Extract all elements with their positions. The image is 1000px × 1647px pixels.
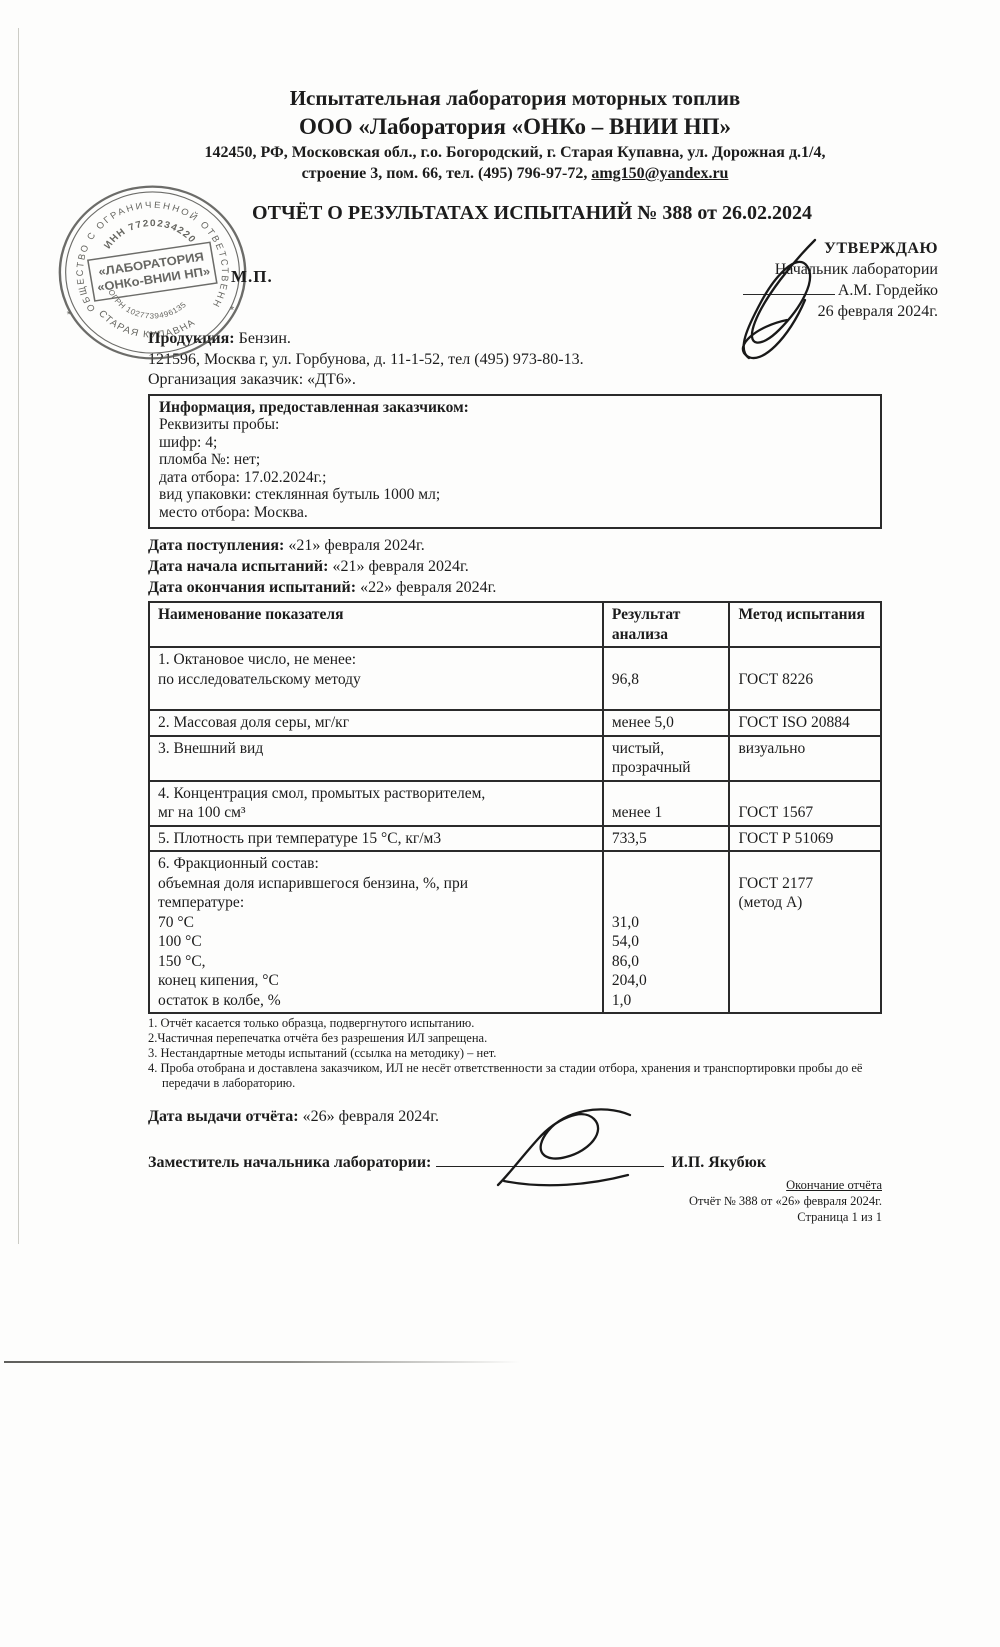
org-name: ООО «Лаборатория «ОНКо – ВНИИ НП»	[148, 111, 882, 142]
issue-date-label: Дата выдачи отчёта:	[148, 1108, 299, 1125]
indicator-cell: 2. Массовая доля серы, мг/кг	[149, 710, 603, 736]
col-header-method: Метод испытания	[729, 602, 881, 647]
customer-info-heading: Информация, предоставленная заказчиком:	[159, 399, 871, 417]
date-end: Дата окончания испытаний: «22» февраля 2…	[148, 577, 882, 598]
lab-round-stamp: ОБЩЕСТВО С ОГРАНИЧЕННОЙ ОТВЕТСТВЕННОСТЬЮ…	[56, 183, 249, 362]
method-cell: ГОСТ Р 51069	[729, 826, 881, 852]
stamp-place-label: М.П.	[231, 267, 273, 287]
end-of-report-label: Окончание отчёта	[148, 1177, 882, 1193]
info-line: пломба №: нет;	[159, 451, 871, 469]
indicator-cell: 5. Плотность при температуре 15 °С, кг/м…	[149, 826, 603, 852]
table-row: 2. Массовая доля серы, мг/кг менее 5,0 Г…	[149, 710, 881, 736]
date-end-value: «22» февраля 2024г.	[356, 579, 496, 596]
lab-name: Испытательная лаборатория моторных топли…	[148, 86, 882, 111]
indicator-cell: 6. Фракционный состав: объемная доля исп…	[149, 851, 603, 1013]
signatory-name: И.П. Якубюк	[671, 1154, 766, 1171]
date-start: Дата начала испытаний: «21» февраля 2024…	[148, 556, 882, 577]
letterhead: Испытательная лаборатория моторных топли…	[148, 86, 882, 225]
result-cell: 96,8	[603, 647, 730, 710]
table-header-row: Наименование показателя Результат анализ…	[149, 602, 881, 647]
scan-artifact-bottom-line	[4, 1361, 520, 1363]
result-cell: чистый, прозрачный	[603, 736, 730, 781]
scan-artifact-left-line	[18, 28, 19, 1244]
date-end-label: Дата окончания испытаний:	[148, 579, 356, 596]
table-row: 6. Фракционный состав: объемная доля исп…	[149, 851, 881, 1013]
info-line: место отбора: Москва.	[159, 504, 871, 522]
date-received: Дата поступления: «21» февраля 2024г.	[148, 535, 882, 556]
method-cell: ГОСТ ISO 20884	[729, 710, 881, 736]
customer-org: Организация заказчик: «ДТ6».	[148, 370, 882, 391]
method-cell: ГОСТ 2177 (метод А)	[729, 851, 881, 1013]
date-start-label: Дата начала испытаний:	[148, 558, 328, 575]
result-cell: 31,0 54,0 86,0 204,0 1,0	[603, 851, 730, 1013]
footnote: 4. Проба отобрана и доставлена заказчико…	[148, 1061, 882, 1091]
dates-section: Дата поступления: «21» февраля 2024г. Да…	[148, 535, 882, 598]
table-row: 1. Октановое число, не менее: по исследо…	[149, 647, 881, 710]
method-cell: ГОСТ 1567	[729, 781, 881, 826]
date-start-value: «21» февраля 2024г.	[328, 558, 468, 575]
signatory-line: Заместитель начальника лаборатории:И.П. …	[148, 1153, 882, 1172]
signature-gordeyko	[717, 232, 855, 362]
stamp-star-right: *	[230, 305, 235, 317]
signatory-label: Заместитель начальника лаборатории:	[148, 1154, 431, 1171]
info-line: дата отбора: 17.02.2024г.;	[159, 469, 871, 487]
method-cell: визуально	[729, 736, 881, 781]
scanned-report-page: Испытательная лаборатория моторных топли…	[0, 0, 1000, 1647]
footnotes: 1. Отчёт касается только образца, подвер…	[148, 1016, 882, 1091]
customer-info-box: Информация, предоставленная заказчиком: …	[148, 394, 882, 530]
results-table: Наименование показателя Результат анализ…	[148, 601, 882, 1014]
col-header-result: Результат анализа	[603, 602, 730, 647]
date-received-label: Дата поступления:	[148, 537, 284, 554]
report-reference: Отчёт № 388 от «26» февраля 2024г.	[148, 1193, 882, 1209]
org-address-line1: 142450, РФ, Московская обл., г.о. Богоро…	[148, 142, 882, 163]
org-contacts: строение 3, пом. 66, тел. (495) 796-97-7…	[302, 165, 592, 182]
table-row: 5. Плотность при температуре 15 °С, кг/м…	[149, 826, 881, 852]
stamp-center: «ЛАБОРАТОРИЯ «ОНКо-ВНИИ НП»	[88, 242, 217, 301]
page-number: Страница 1 из 1	[148, 1209, 882, 1225]
date-received-value: «21» февраля 2024г.	[284, 537, 424, 554]
indicator-cell: 1. Октановое число, не менее: по исследо…	[149, 647, 603, 710]
indicator-cell: 4. Концентрация смол, промытых растворит…	[149, 781, 603, 826]
result-cell: менее 5,0	[603, 710, 730, 736]
method-cell: ГОСТ 8226	[729, 647, 881, 710]
result-cell: 733,5	[603, 826, 730, 852]
stamp-star-left: *	[67, 309, 72, 321]
issue-date-value: «26» февраля 2024г.	[299, 1108, 439, 1125]
end-of-report-block: Окончание отчёта Отчёт № 388 от «26» фев…	[148, 1177, 882, 1225]
issue-date-line: Дата выдачи отчёта: «26» февраля 2024г.	[148, 1108, 882, 1126]
signature-underline	[436, 1153, 664, 1167]
email-link: amg150@yandex.ru	[591, 165, 728, 182]
report-title: ОТЧЁТ О РЕЗУЛЬТАТАХ ИСПЫТАНИЙ № 388 от 2…	[182, 201, 882, 225]
approval-block: УТВЕРЖДАЮ Начальник лаборатории А.М. Гор…	[743, 238, 938, 322]
col-header-indicator: Наименование показателя	[149, 602, 603, 647]
footnote: 1. Отчёт касается только образца, подвер…	[148, 1016, 882, 1031]
footnote: 2.Частичная перепечатка отчёта без разре…	[148, 1031, 882, 1046]
table-row: 4. Концентрация смол, промытых растворит…	[149, 781, 881, 826]
org-address-line2: строение 3, пом. 66, тел. (495) 796-97-7…	[148, 163, 882, 184]
info-line: вид упаковки: стеклянная бутыль 1000 мл;	[159, 486, 871, 504]
info-line: шифр: 4;	[159, 434, 871, 452]
indicator-cell: 3. Внешний вид	[149, 736, 603, 781]
footnote: 3. Нестандартные методы испытаний (ссылк…	[148, 1046, 882, 1061]
result-cell: менее 1	[603, 781, 730, 826]
table-row: 3. Внешний вид чистый, прозрачный визуал…	[149, 736, 881, 781]
info-line: Реквизиты пробы:	[159, 416, 871, 434]
